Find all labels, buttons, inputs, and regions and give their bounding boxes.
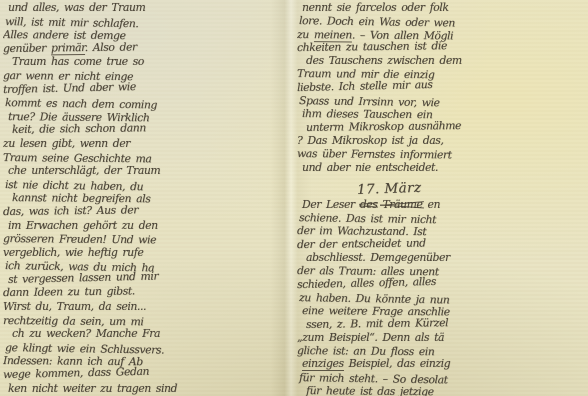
manuscript-line: rechtzeitig da sein, um mi (3, 314, 289, 330)
manuscript-line: der der entscheidet und (297, 234, 587, 251)
manuscript-line: grösseren Freuden! Und wie (3, 232, 289, 248)
manuscript-line: Wirst du, Traum, da sein... (3, 300, 289, 314)
manuscript-line: unterm Mikroskop ausnähme (297, 117, 587, 134)
underlined-word: einziges (302, 357, 344, 371)
underlined-word: primär (51, 41, 85, 55)
manuscript-line: das, was ich ist? Aus der (3, 201, 289, 218)
manuscript-column-left: und alles, was der Traumwill, ist mit mi… (3, 1, 289, 396)
manuscript-line: und aber nie entscheidet. (297, 161, 587, 174)
manuscript-line: chkeiten zu tauschen ist die (297, 37, 587, 54)
manuscript-line: keit, die sich schon dann (3, 120, 289, 137)
manuscript-line: ken nicht weiter zu tragen sind (3, 382, 289, 396)
manuscript-line: des Tauschens zwischen dem (297, 54, 587, 67)
manuscript-column-right: nennt sie farcelos oder folklore. Doch e… (297, 1, 587, 396)
manuscript-line: im Erwachen gehört zu den (3, 219, 289, 233)
manuscript-line: und alles, was der Traum (3, 1, 289, 15)
struck-out-word: Träume (382, 198, 422, 211)
struck-out-word: des (360, 198, 378, 211)
manuscript-line: nennt sie farcelos oder folk (297, 1, 587, 14)
manuscript-line: für heute ist das jetzige (297, 384, 587, 396)
manuscript-line: Traum has come true so (3, 55, 289, 69)
manuscript-line: zu lesen gibt, wenn der (3, 137, 289, 151)
manuscript-line: ? Das Mikroskop ist ja das, (297, 134, 587, 147)
manuscript-column-right-top: nennt sie farcelos oder folklore. Doch e… (297, 1, 587, 174)
manuscript-line: Traum seine Geschichte ma (3, 151, 289, 167)
manuscript-page: und alles, was der Traumwill, ist mit mi… (0, 0, 588, 396)
manuscript-line: dann Ideen zu tun gibst. (3, 283, 289, 300)
manuscript-line: abschliesst. Demgegenüber (297, 251, 587, 264)
manuscript-line: genüber primär. Also der (3, 38, 289, 55)
manuscript-column-right-bottom: Der Leser des Träume enschiene. Das ist … (297, 198, 587, 396)
manuscript-line: „zum Beispiel“. Denn als tä (297, 331, 587, 344)
manuscript-line: ssen, z. B. mit dem Kürzel (297, 314, 587, 331)
manuscript-line: gliche ist: an Du floss ein (297, 344, 587, 360)
